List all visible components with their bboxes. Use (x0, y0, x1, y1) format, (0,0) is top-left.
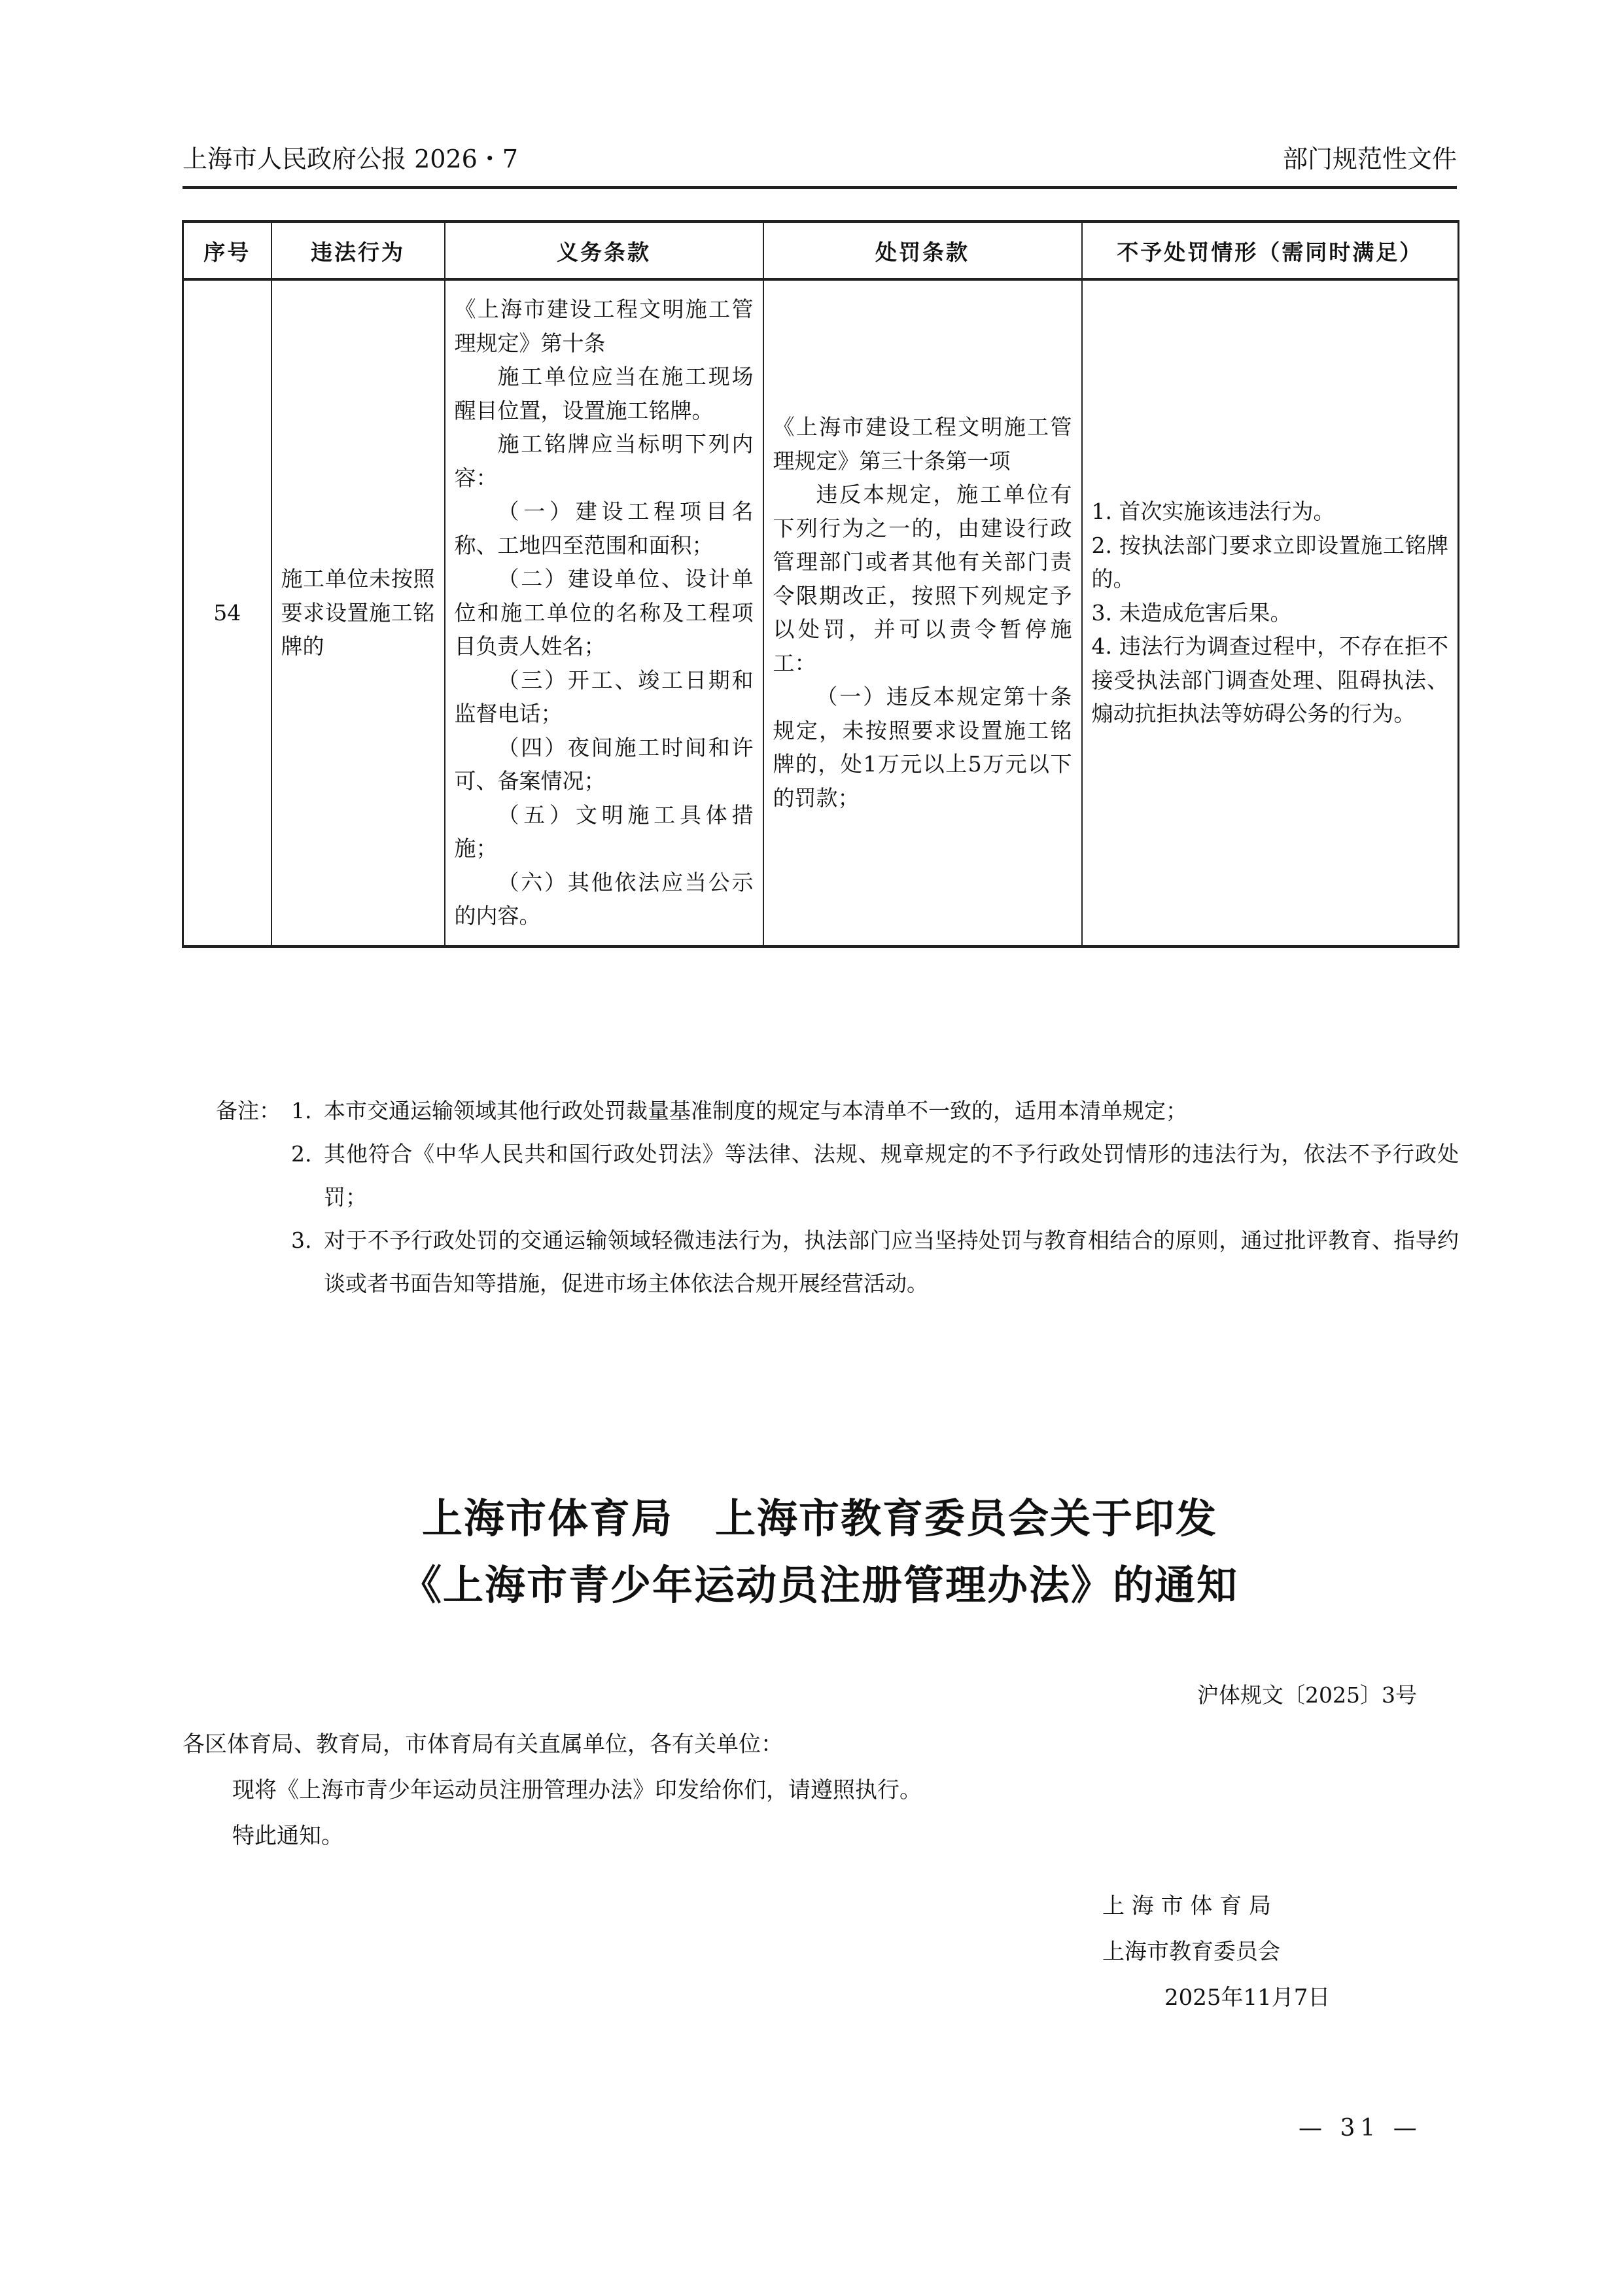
obligation-para: （五）文明施工具体措施； (455, 798, 754, 866)
note-item: 备注： 1. 本市交通运输领域其他行政处罚裁量基准制度的规定与本清单不一致的，适… (216, 1089, 1459, 1133)
col-header-number: 序号 (183, 222, 271, 280)
notice-title-line1: 上海市体育局 上海市教育委员会关于印发 (183, 1485, 1457, 1552)
note-number: 3. (291, 1219, 324, 1305)
penalty-source: 《上海市建设工程文明施工管理规定》第三十条第一项 (773, 410, 1072, 478)
col-header-violation: 违法行为 (271, 222, 445, 280)
journal-issue: 上海市人民政府公报 2026・7 (183, 139, 518, 175)
document-number: 沪体规文〔2025〕3号 (1197, 1678, 1417, 1709)
penalty-para: 违反本规定，施工单位有下列行为之一的，由建设行政管理部门或者其他有关部门责令限期… (773, 478, 1072, 680)
obligation-para: 施工铭牌应当标明下列内容： (455, 427, 754, 495)
notes-section: 备注： 1. 本市交通运输领域其他行政处罚裁量基准制度的规定与本清单不一致的，适… (216, 1089, 1459, 1305)
note-spacer (216, 1219, 291, 1305)
penalty-cell: 《上海市建设工程文明施工管理规定》第三十条第一项 违反本规定，施工单位有下列行为… (763, 279, 1082, 946)
row-number: 54 (183, 279, 271, 946)
obligation-source: 《上海市建设工程文明施工管理规定》第十条 (455, 292, 754, 360)
note-number: 1. (291, 1089, 324, 1133)
page-number: — 31 — (1299, 2115, 1422, 2142)
note-item: 3. 对于不予行政处罚的交通运输领域轻微违法行为，执法部门应当坚持处罚与教育相结… (216, 1219, 1459, 1305)
note-text: 本市交通运输领域其他行政处罚裁量基准制度的规定与本清单不一致的，适用本清单规定； (324, 1089, 1459, 1133)
penalty-para: （一）违反本规定第十条规定，未按照要求设置施工铭牌的，处1万元以上5万元以下的罚… (773, 680, 1072, 815)
obligation-para: 施工单位应当在施工现场醒目位置，设置施工铭牌。 (455, 360, 754, 427)
notice-closing: 特此通知。 (232, 1818, 343, 1850)
header-rule (183, 186, 1457, 189)
signer-sports-bureau: 上 海 市 体 育 局 (1102, 1888, 1271, 1920)
signing-date: 2025年11月7日 (1164, 1979, 1330, 2011)
section-label: 部门规范性文件 (1283, 139, 1457, 175)
notice-title: 上海市体育局 上海市教育委员会关于印发 《上海市青少年运动员注册管理办法》的通知 (183, 1485, 1457, 1619)
note-text: 对于不予行政处罚的交通运输领域轻微违法行为，执法部门应当坚持处罚与教育相结合的原… (324, 1219, 1459, 1305)
exemption-condition: 1. 首次实施该违法行为。 (1092, 495, 1449, 529)
note-text: 其他符合《中华人民共和国行政处罚法》等法律、法规、规章规定的不予行政处罚情形的违… (324, 1133, 1459, 1219)
obligation-cell: 《上海市建设工程文明施工管理规定》第十条 施工单位应当在施工现场醒目位置，设置施… (445, 279, 763, 946)
col-header-obligation: 义务条款 (445, 222, 763, 280)
obligation-para: （六）其他依法应当公示的内容。 (455, 866, 754, 933)
penalty-table: 序号 违法行为 义务条款 处罚条款 不予处罚情形（需同时满足） 54 施工单位未… (182, 220, 1459, 948)
signer-education-commission: 上海市教育委员会 (1102, 1934, 1280, 1966)
col-header-penalty: 处罚条款 (763, 222, 1082, 280)
obligation-para: （三）开工、竣工日期和监督电话； (455, 663, 754, 731)
obligation-para: （四）夜间施工时间和许可、备案情况； (455, 731, 754, 798)
note-spacer (216, 1133, 291, 1219)
exemption-condition: 3. 未造成危害后果。 (1092, 596, 1449, 630)
exemption-condition: 4. 违法行为调查过程中，不存在拒不接受执法部门调查处理、阻碍执法、煽动抗拒执法… (1092, 629, 1449, 731)
table-row: 54 施工单位未按照要求设置施工铭牌的 《上海市建设工程文明施工管理规定》第十条… (183, 279, 1459, 946)
exemption-cell: 1. 首次实施该违法行为。 2. 按执法部门要求立即设置施工铭牌的。 3. 未造… (1082, 279, 1459, 946)
exemption-condition: 2. 按执法部门要求立即设置施工铭牌的。 (1092, 529, 1449, 596)
violation-cell: 施工单位未按照要求设置施工铭牌的 (271, 279, 445, 946)
salutation: 各区体育局、教育局，市体育局有关直属单位，各有关单位： (183, 1726, 783, 1758)
obligation-para: （一）建设工程项目名称、工地四至范围和面积； (455, 495, 754, 562)
notes-label: 备注： (216, 1089, 291, 1133)
note-number: 2. (291, 1133, 324, 1219)
notice-title-line2: 《上海市青少年运动员注册管理办法》的通知 (183, 1552, 1457, 1619)
running-header: 上海市人民政府公报 2026・7 部门规范性文件 (183, 139, 1457, 178)
obligation-para: （二）建设单位、设计单位和施工单位的名称及工程项目负责人姓名； (455, 562, 754, 663)
col-header-exemption: 不予处罚情形（需同时满足） (1082, 222, 1459, 280)
notice-body-para: 现将《上海市青少年运动员注册管理办法》印发给你们，请遵照执行。 (232, 1772, 922, 1804)
note-item: 2. 其他符合《中华人民共和国行政处罚法》等法律、法规、规章规定的不予行政处罚情… (216, 1133, 1459, 1219)
table-header-row: 序号 违法行为 义务条款 处罚条款 不予处罚情形（需同时满足） (183, 222, 1459, 280)
